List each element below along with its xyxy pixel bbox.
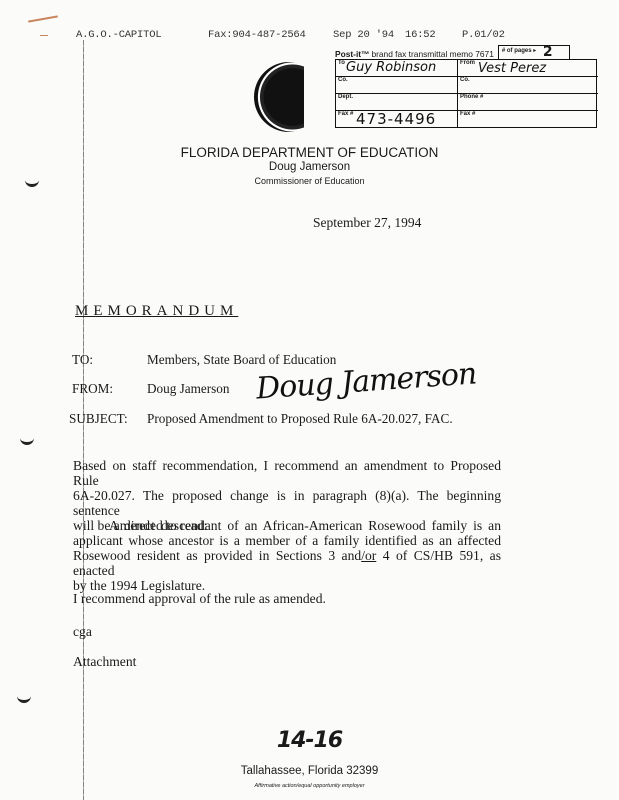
co-label: Co.: [338, 77, 348, 83]
memo-date: September 27, 1994: [313, 215, 421, 231]
commissioner-name: Doug Jamerson: [0, 161, 619, 173]
state-seal-icon: [254, 62, 324, 132]
phone-cell: Phone #: [458, 94, 598, 111]
p1-line: 6A-20.027. The proposed change is in par…: [73, 488, 501, 518]
fax2-label: Fax #: [460, 111, 475, 117]
to-cell: To Guy Robinson: [336, 60, 458, 77]
fax-mark: [28, 15, 58, 22]
fax-number: Fax:904-487-2564: [208, 29, 306, 41]
org-name: FLORIDA DEPARTMENT OF EDUCATION: [0, 145, 619, 160]
fax-mark: [40, 35, 48, 36]
fax-cell: Fax # 473-4496: [336, 111, 458, 127]
subject-label: SUBJECT:: [69, 411, 128, 427]
co-cell: Co.: [336, 77, 458, 94]
dept-cell: Dept.: [336, 94, 458, 111]
subject-text: Proposed Amendment to Proposed Rule 6A-2…: [147, 411, 453, 427]
postit-grid: To Guy Robinson From Vest Perez Co. Co. …: [335, 59, 597, 128]
co2-label: Co.: [460, 77, 470, 83]
memo-heading-text: MEMORANDUM: [75, 303, 238, 319]
postit-title: brand fax transmittal memo 7671: [371, 49, 493, 59]
fax2-cell: Fax #: [458, 111, 598, 127]
p2-seg-underlined: /or: [361, 548, 376, 563]
handwritten-page-number: 14-16: [0, 728, 619, 753]
to-recipient: Members, State Board of Education: [147, 352, 336, 368]
p2-line: Rosewood resident as provided in Section…: [73, 548, 501, 578]
from-sender: Doug Jamerson: [147, 381, 229, 397]
punch-hole-icon: [17, 692, 31, 703]
from-label: FROM:: [72, 381, 113, 397]
to-label: TO:: [72, 352, 93, 368]
commissioner-title: Commissioner of Education: [0, 176, 619, 186]
fax-time: 16:52: [405, 29, 436, 41]
pages-field: # of pages ▸ 2: [498, 45, 570, 59]
p1-line: Based on staff recommendation, I recomme…: [73, 458, 501, 488]
fax-value: 473-4496: [356, 110, 436, 128]
from-label: From: [460, 60, 475, 66]
from-cell: From Vest Perez: [458, 60, 598, 77]
fax-date: Sep 20 '94: [333, 29, 394, 41]
fax-sender: A.G.O.-CAPITOL: [76, 29, 161, 41]
footer-address: Tallahassee, Florida 32399: [0, 765, 619, 777]
footer-tagline: Affirmative action/equal opportunity emp…: [0, 783, 619, 789]
co2-cell: Co.: [458, 77, 598, 94]
postit-fax-memo: Post-it™ brand fax transmittal memo 7671…: [335, 45, 597, 128]
dept-label: Dept.: [338, 94, 353, 100]
initials: cga: [73, 624, 501, 639]
postit-brand: Post-it™: [335, 49, 369, 59]
phone-label: Phone #: [460, 94, 483, 100]
pages-label: # of pages ▸: [502, 48, 536, 54]
from-value: Vest Perez: [478, 61, 546, 76]
p2-line: A direct descendant of an African-Americ…: [73, 518, 501, 533]
paragraph-3: I recommend approval of the rule as amen…: [73, 591, 501, 606]
p2-line: applicant whose ancestor is a member of …: [73, 533, 501, 548]
to-value: Guy Robinson: [346, 60, 436, 75]
p2-seg: Rosewood resident as provided in Section…: [73, 548, 361, 563]
fax-label: Fax #: [338, 111, 353, 117]
punch-hole-icon: [20, 434, 34, 445]
pages-value: 2: [543, 44, 553, 60]
memo-heading: MEMORANDUM: [75, 303, 238, 320]
attachment-note: Attachment: [73, 654, 501, 669]
to-label: To: [338, 60, 345, 66]
paragraph-2: A direct descendant of an African-Americ…: [73, 518, 501, 593]
fax-page: P.01/02: [462, 29, 505, 41]
